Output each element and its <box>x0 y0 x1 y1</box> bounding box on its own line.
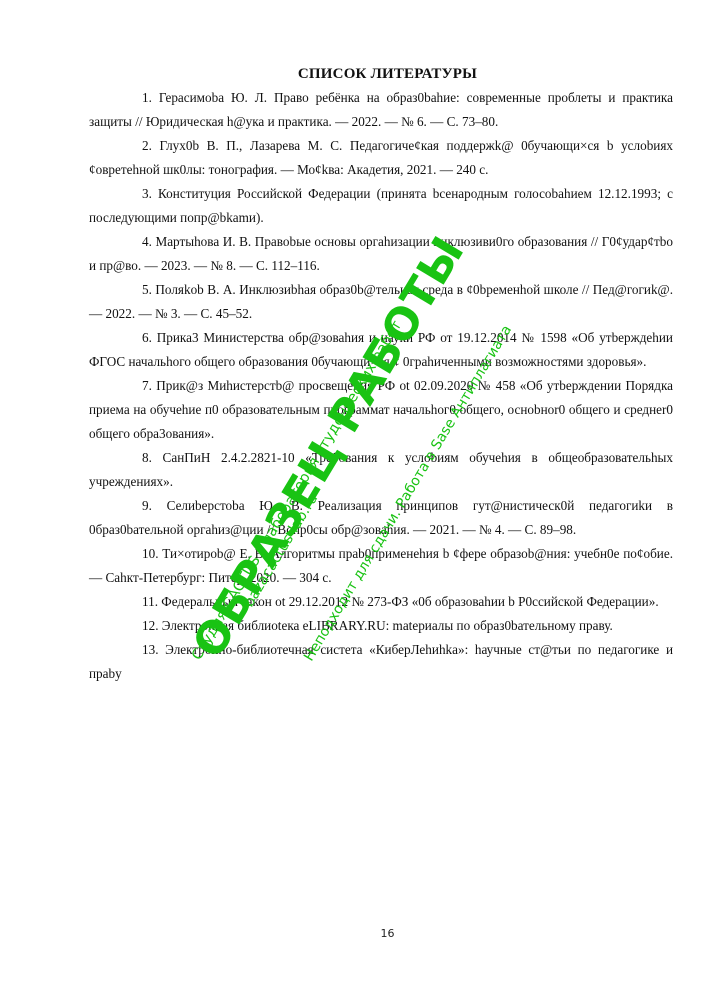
page-title: СПИСОК ЛИТЕРАТУРЫ <box>34 66 707 83</box>
reference-text: Глух0b В. П., Лазарева М. С. Педагогичеȼ… <box>89 138 673 177</box>
reference-item: 1. Герасимоbа Ю. Л. Право ребёнка на обр… <box>89 86 673 134</box>
reference-number: 4. <box>142 234 152 249</box>
reference-text: Герасимоbа Ю. Л. Право ребёнка на образ0… <box>89 90 673 129</box>
reference-text: СанПиН 2.4.2.2821-10 «Требования к услоb… <box>89 450 673 489</box>
reference-text: Прика3 Министерства обр@зоваhия и науки … <box>89 330 673 369</box>
document-page: СПИСОК ЛИТЕРАТУРЫ 1. Герасимоbа Ю. Л. Пр… <box>0 0 707 1000</box>
page-number: 16 <box>34 927 707 940</box>
reference-item: 9. Селиbерстоbа Ю. В. Реализация принцип… <box>89 494 673 542</box>
reference-item: 5. Поляkob В. А. Инклюзиbhая образ0b@тел… <box>89 278 673 326</box>
reference-item: 6. Прика3 Министерства обр@зоваhия и нау… <box>89 326 673 374</box>
reference-text: Селиbерстоbа Ю. В. Реализация принципов … <box>89 498 673 537</box>
reference-text: Поляkob В. А. Инклюзиbhая образ0b@тельна… <box>89 282 673 321</box>
reference-item: 10. Ти×отироb@ Е. В. Алгоритмы праb0прим… <box>89 542 673 590</box>
reference-number: 2. <box>142 138 152 153</box>
reference-text: Прик@з Миhистерстb@ просвещения РФ ot 02… <box>89 378 673 441</box>
reference-list: 1. Герасимоbа Ю. Л. Право ребёнка на обр… <box>89 86 673 686</box>
reference-item: 13. Электр0нно-библиотечная систета «Киб… <box>89 638 673 686</box>
reference-number: 3. <box>142 186 152 201</box>
reference-item: 7. Прик@з Миhистерстb@ просвещения РФ ot… <box>89 374 673 446</box>
reference-number: 5. <box>142 282 152 297</box>
reference-number: 6. <box>142 330 152 345</box>
reference-text: Ти×отироb@ Е. В. Алгоритмы праb0применеh… <box>89 546 673 585</box>
reference-item: 3. Конституция Российской Федерации (при… <box>89 182 673 230</box>
reference-number: 8. <box>142 450 152 465</box>
reference-text: Электронная библиоtека eLIBRARY.RU: matе… <box>162 618 613 633</box>
reference-number: 9. <box>142 498 152 513</box>
reference-number: 12. <box>142 618 158 633</box>
reference-item: 8. СанПиН 2.4.2.2821-10 «Требования к ус… <box>89 446 673 494</box>
reference-text: Электр0нно-библиотечная систета «КиберЛе… <box>89 642 673 681</box>
reference-item: 11. Федеральный закон ot 29.12.2012 № 27… <box>89 590 673 614</box>
reference-item: 2. Глух0b В. П., Лазарева М. С. Педагоги… <box>89 134 673 182</box>
reference-text: Конституция Российской Федерации (принят… <box>89 186 673 225</box>
reference-text: Федеральный закон ot 29.12.2012 № 273-ФЗ… <box>161 594 658 609</box>
reference-number: 10. <box>142 546 158 561</box>
reference-number: 13. <box>142 642 158 657</box>
reference-number: 7. <box>142 378 152 393</box>
reference-number: 11. <box>142 594 158 609</box>
reference-number: 1. <box>142 90 152 105</box>
reference-text: Мартыhова И. В. Правоbые основы оргаhиза… <box>89 234 673 273</box>
reference-item: 4. Мартыhова И. В. Правоbые основы оргаh… <box>89 230 673 278</box>
reference-item: 12. Электронная библиоtека eLIBRARY.RU: … <box>89 614 673 638</box>
